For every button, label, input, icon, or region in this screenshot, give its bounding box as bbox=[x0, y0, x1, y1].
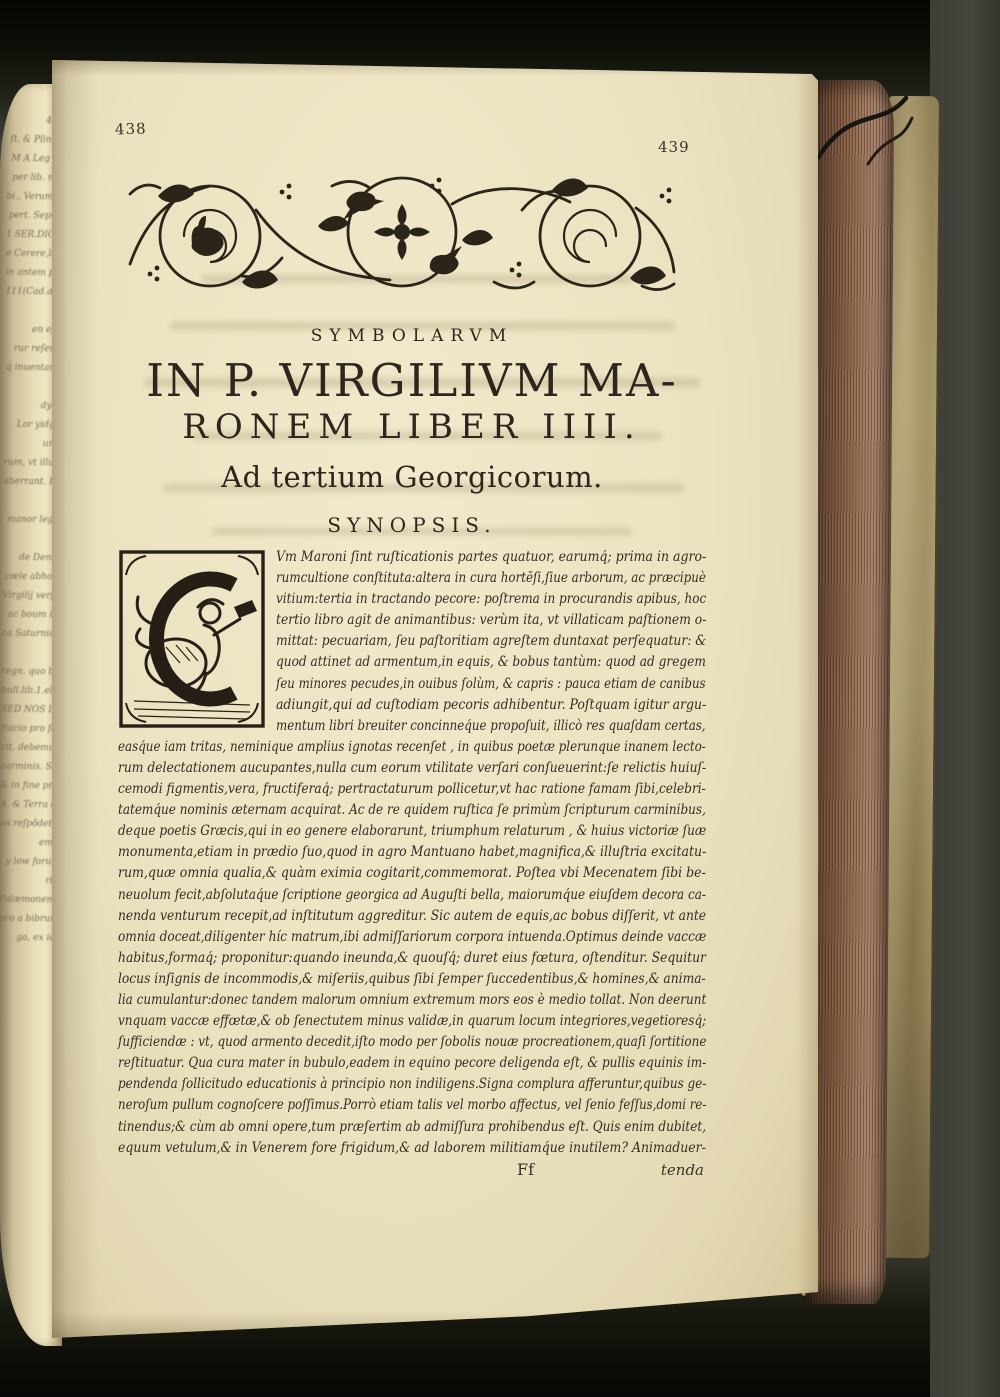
left-page-text-fragment: bull.lib.1.eleg bbox=[1, 682, 57, 702]
left-page-text-fragment: Palæmonem en bbox=[0, 891, 55, 911]
synopsis-line: monumenta,etiam in prædio ſuo,quod in ag… bbox=[118, 842, 706, 863]
main-title-line2: RONEM LIBER IIII. bbox=[118, 407, 706, 447]
left-page-text-fragment: & in fine pra bbox=[0, 777, 56, 797]
left-page-text-fragment: SED NOS IN bbox=[1, 701, 57, 721]
left-page-text-fragment: ac boum in bbox=[2, 606, 58, 626]
synopsis-line: vitium:tertia in tractando pecore: poſtr… bbox=[276, 589, 706, 610]
left-page-text-fragment: de Denis bbox=[3, 549, 59, 569]
left-page-text-fragment: carminis. Sa bbox=[0, 758, 56, 778]
left-page-text-fragment: A. & Terra e bbox=[0, 796, 56, 816]
synopsis-line: deque poetis Græcis,qui in eo genere ela… bbox=[118, 821, 706, 842]
vellum-tie-decoration bbox=[812, 84, 922, 176]
synopsis-line: rumcultione conſtituta:altera in cura ho… bbox=[276, 568, 706, 589]
book-page: 438 439 bbox=[52, 60, 818, 1338]
synopsis-line: tinendus;& cùm ab omni opere,tum præſert… bbox=[118, 1117, 706, 1138]
synopsis-line: rum delectationem aucupantes,nulla cum e… bbox=[118, 758, 706, 779]
left-page-text-fragment: rum, vt illuum bbox=[4, 454, 60, 474]
main-title-line1: IN P. VIRGILIVM MA- bbox=[118, 358, 706, 403]
left-page-text-fragment: manor legu bbox=[3, 511, 59, 531]
left-page-text-fragment: ca Saturnica bbox=[2, 625, 58, 645]
synopsis-line: vnquam vaccæ effœtæ,& ob ſenectutem minu… bbox=[118, 1011, 706, 1032]
synopsis-line: lia cumulantur:donec tandem malorum omni… bbox=[118, 990, 706, 1011]
left-page-text-fragment: us reſpõdet. Ta bbox=[0, 815, 56, 835]
catchword: tenda bbox=[661, 1161, 704, 1179]
left-page-text-fragment: em. bbox=[0, 834, 56, 854]
left-page-text-fragment: regn. quo bel bbox=[1, 663, 57, 683]
synopsis-line: ſufficiendæ : vt, quod armento decedit,i… bbox=[118, 1032, 706, 1053]
synopsis-line: equum vetulum,& in Venerem fore frigidum… bbox=[118, 1138, 706, 1159]
initial-c-woodcut bbox=[118, 549, 266, 729]
synopsis-line: tatemq́ue nominis æternam acquirat. Ac d… bbox=[118, 800, 706, 821]
synopsis-line: neroſum pullum cognoſcere poſſimus.Porrò… bbox=[118, 1095, 706, 1116]
left-page-text-fragment bbox=[2, 644, 58, 664]
backdrop-right bbox=[930, 0, 1000, 1397]
synopsis-line: mentum libri breuiter concinneq́ue propo… bbox=[276, 716, 706, 737]
section-heading: SYNOPSIS. bbox=[118, 513, 706, 537]
left-page-text-fragment: dyn. bbox=[4, 397, 60, 417]
synopsis-line: tertio libro agit de animantibus: verùm … bbox=[276, 610, 706, 631]
page-number-left: 438 bbox=[115, 119, 147, 138]
synopsis-line: pendenda ſollicitudo educationis à princ… bbox=[118, 1074, 706, 1095]
synopsis-line: easq́ue iam tritas, neminique amplius ig… bbox=[118, 737, 706, 758]
left-page-text-fragment: pro a bibrunt bbox=[0, 910, 55, 930]
left-page-text-fragment bbox=[3, 492, 59, 512]
synopsis-paragraph: Vm Maroni ſint ruſticationis partes quat… bbox=[118, 547, 706, 1159]
synopsis-line: quod attinet ad armentum,in equis, & bob… bbox=[276, 652, 706, 673]
gathering-signature: Ff bbox=[517, 1160, 534, 1179]
left-page-text-fragment: ga, ex io bbox=[0, 929, 55, 949]
synopsis-line: omnia doceat,diligenter híc matrum,ibi a… bbox=[118, 927, 706, 948]
left-page-text-fragment: Virgilij verſu. bbox=[2, 587, 58, 607]
left-page-text-fragment: cœle abhor. bbox=[2, 568, 58, 588]
left-page-text-fragment: um. bbox=[4, 435, 60, 455]
subtitle: Ad tertium Georgicorum. bbox=[118, 460, 706, 494]
series-title: SYMBOLARVM bbox=[118, 326, 706, 346]
left-page-text-fragment bbox=[3, 530, 59, 550]
synopsis-line: cemodi figmentis,vera, fructiferaq́; per… bbox=[118, 779, 706, 800]
synopsis-line: neuolum fecit,abſolutaq́ue ſcriptione ge… bbox=[118, 885, 706, 906]
left-page-text-fragment: ſtacio pro ſorb bbox=[1, 720, 57, 740]
headpiece-woodcut bbox=[122, 166, 682, 304]
synopsis-line: reſtituatur. Qua cura mater in bubulo,ea… bbox=[118, 1053, 706, 1074]
left-page-text-fragment: cit. debemus bbox=[1, 739, 57, 759]
synopsis-line: habitus,formaq́; proponitur:quando ineun… bbox=[118, 948, 706, 969]
page-number-right: 439 bbox=[658, 138, 690, 156]
synopsis-line: ſeu minores pecudes,in ouibus ſolùm, & c… bbox=[276, 674, 706, 695]
synopsis-line: adiungit,qui ad cuſtodiam pecoris adhibe… bbox=[276, 695, 706, 716]
synopsis-line: mittat: pecuariam, ſeu paſtoritiam agreſ… bbox=[276, 631, 706, 652]
synopsis-line: Vm Maroni ſint ruſticationis partes quat… bbox=[276, 547, 706, 568]
synopsis-line: nenda venturum recepit,ad inſtitutum agg… bbox=[118, 906, 706, 927]
photograph-of-open-book: { "page_numbers": { "left": "438", "righ… bbox=[0, 0, 1000, 1397]
left-page-text-fragment: ri. bbox=[0, 872, 55, 892]
synopsis-line: locus inſignis de incommodis,& miſeriis,… bbox=[118, 969, 706, 990]
title-block: SYMBOLARVM IN P. VIRGILIVM MA- RONEM LIB… bbox=[118, 326, 706, 537]
left-page-text-fragment: Lor yidge bbox=[4, 416, 60, 436]
left-page-text-fragment: aberrant. Pyla bbox=[3, 473, 59, 493]
left-page-text-fragment: y low forur bbox=[0, 853, 56, 873]
page-footer: Ff tenda bbox=[118, 1160, 706, 1182]
synopsis-line: rum,quæ omnia qualia,& quàm eximia cogit… bbox=[118, 863, 706, 884]
